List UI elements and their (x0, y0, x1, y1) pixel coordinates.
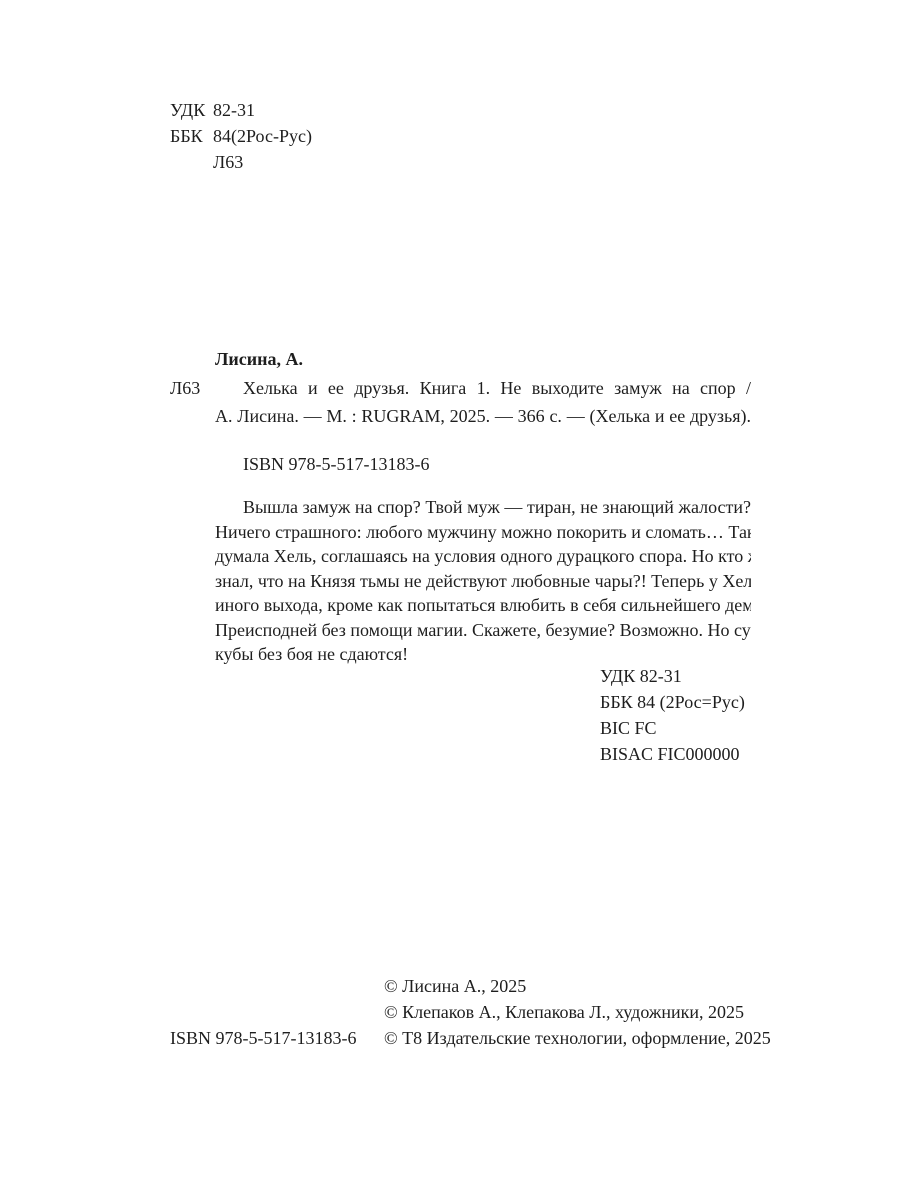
bbk-value: 84(2Рос-Рус) (213, 126, 312, 146)
author-name: Лисина, А. (215, 346, 303, 372)
copyright-block: © Лисина А., 2025 © Клепаков А., Клепако… (384, 973, 771, 1051)
copyright-line: © Клепаков А., Клепакова Л., художники, … (384, 999, 771, 1025)
top-classification-codes: УДК82-31 ББК84(2Рос-Рус) Л63 (170, 97, 312, 175)
udk-value: 82-31 (213, 100, 255, 120)
annotation: Вышла замуж на спор? Твой муж — тиран, н… (215, 495, 751, 667)
copyright-line: © Лисина А., 2025 (384, 973, 771, 999)
annotation-line: знал, что на Князя тьмы не действуют люб… (215, 569, 751, 594)
author-mark: Л63 (170, 149, 312, 175)
bbk-row: ББК84(2Рос-Рус) (170, 123, 312, 149)
udk-code: УДК 82-31 (600, 663, 745, 689)
title-line-1: Хелька и ее друзья. Книга 1. Не выходите… (243, 375, 751, 401)
annotation-line: Ничего страшного: любого мужчину можно п… (215, 520, 751, 545)
copyright-line: © Т8 Издательские технологии, оформление… (384, 1025, 771, 1051)
bbk-label: ББК (170, 123, 213, 149)
right-classification-codes: УДК 82-31 ББК 84 (2Рос=Рус) BIC FC BISAC… (600, 663, 745, 767)
udk-row: УДК82-31 (170, 97, 312, 123)
isbn-bottom: ISBN 978-5-517-13183-6 (170, 1025, 357, 1051)
bisac-code: BISAC FIC000000 (600, 741, 745, 767)
annotation-line: иного выхода, кроме как попытаться влюби… (215, 593, 751, 618)
isbn-main: ISBN 978-5-517-13183-6 (243, 451, 430, 477)
annotation-line: Преисподней без помощи магии. Скажете, б… (215, 618, 751, 643)
title-line-2: А. Лисина. — М. : RUGRAM, 2025. — 366 с.… (215, 403, 751, 429)
bbk-code: ББК 84 (2Рос=Рус) (600, 689, 745, 715)
catalog-mark: Л63 (170, 375, 200, 401)
udk-label: УДК (170, 97, 213, 123)
annotation-line: думала Хель, соглашаясь на условия одног… (215, 544, 751, 569)
annotation-line: Вышла замуж на спор? Твой муж — тиран, н… (215, 495, 751, 520)
bic-code: BIC FC (600, 715, 745, 741)
